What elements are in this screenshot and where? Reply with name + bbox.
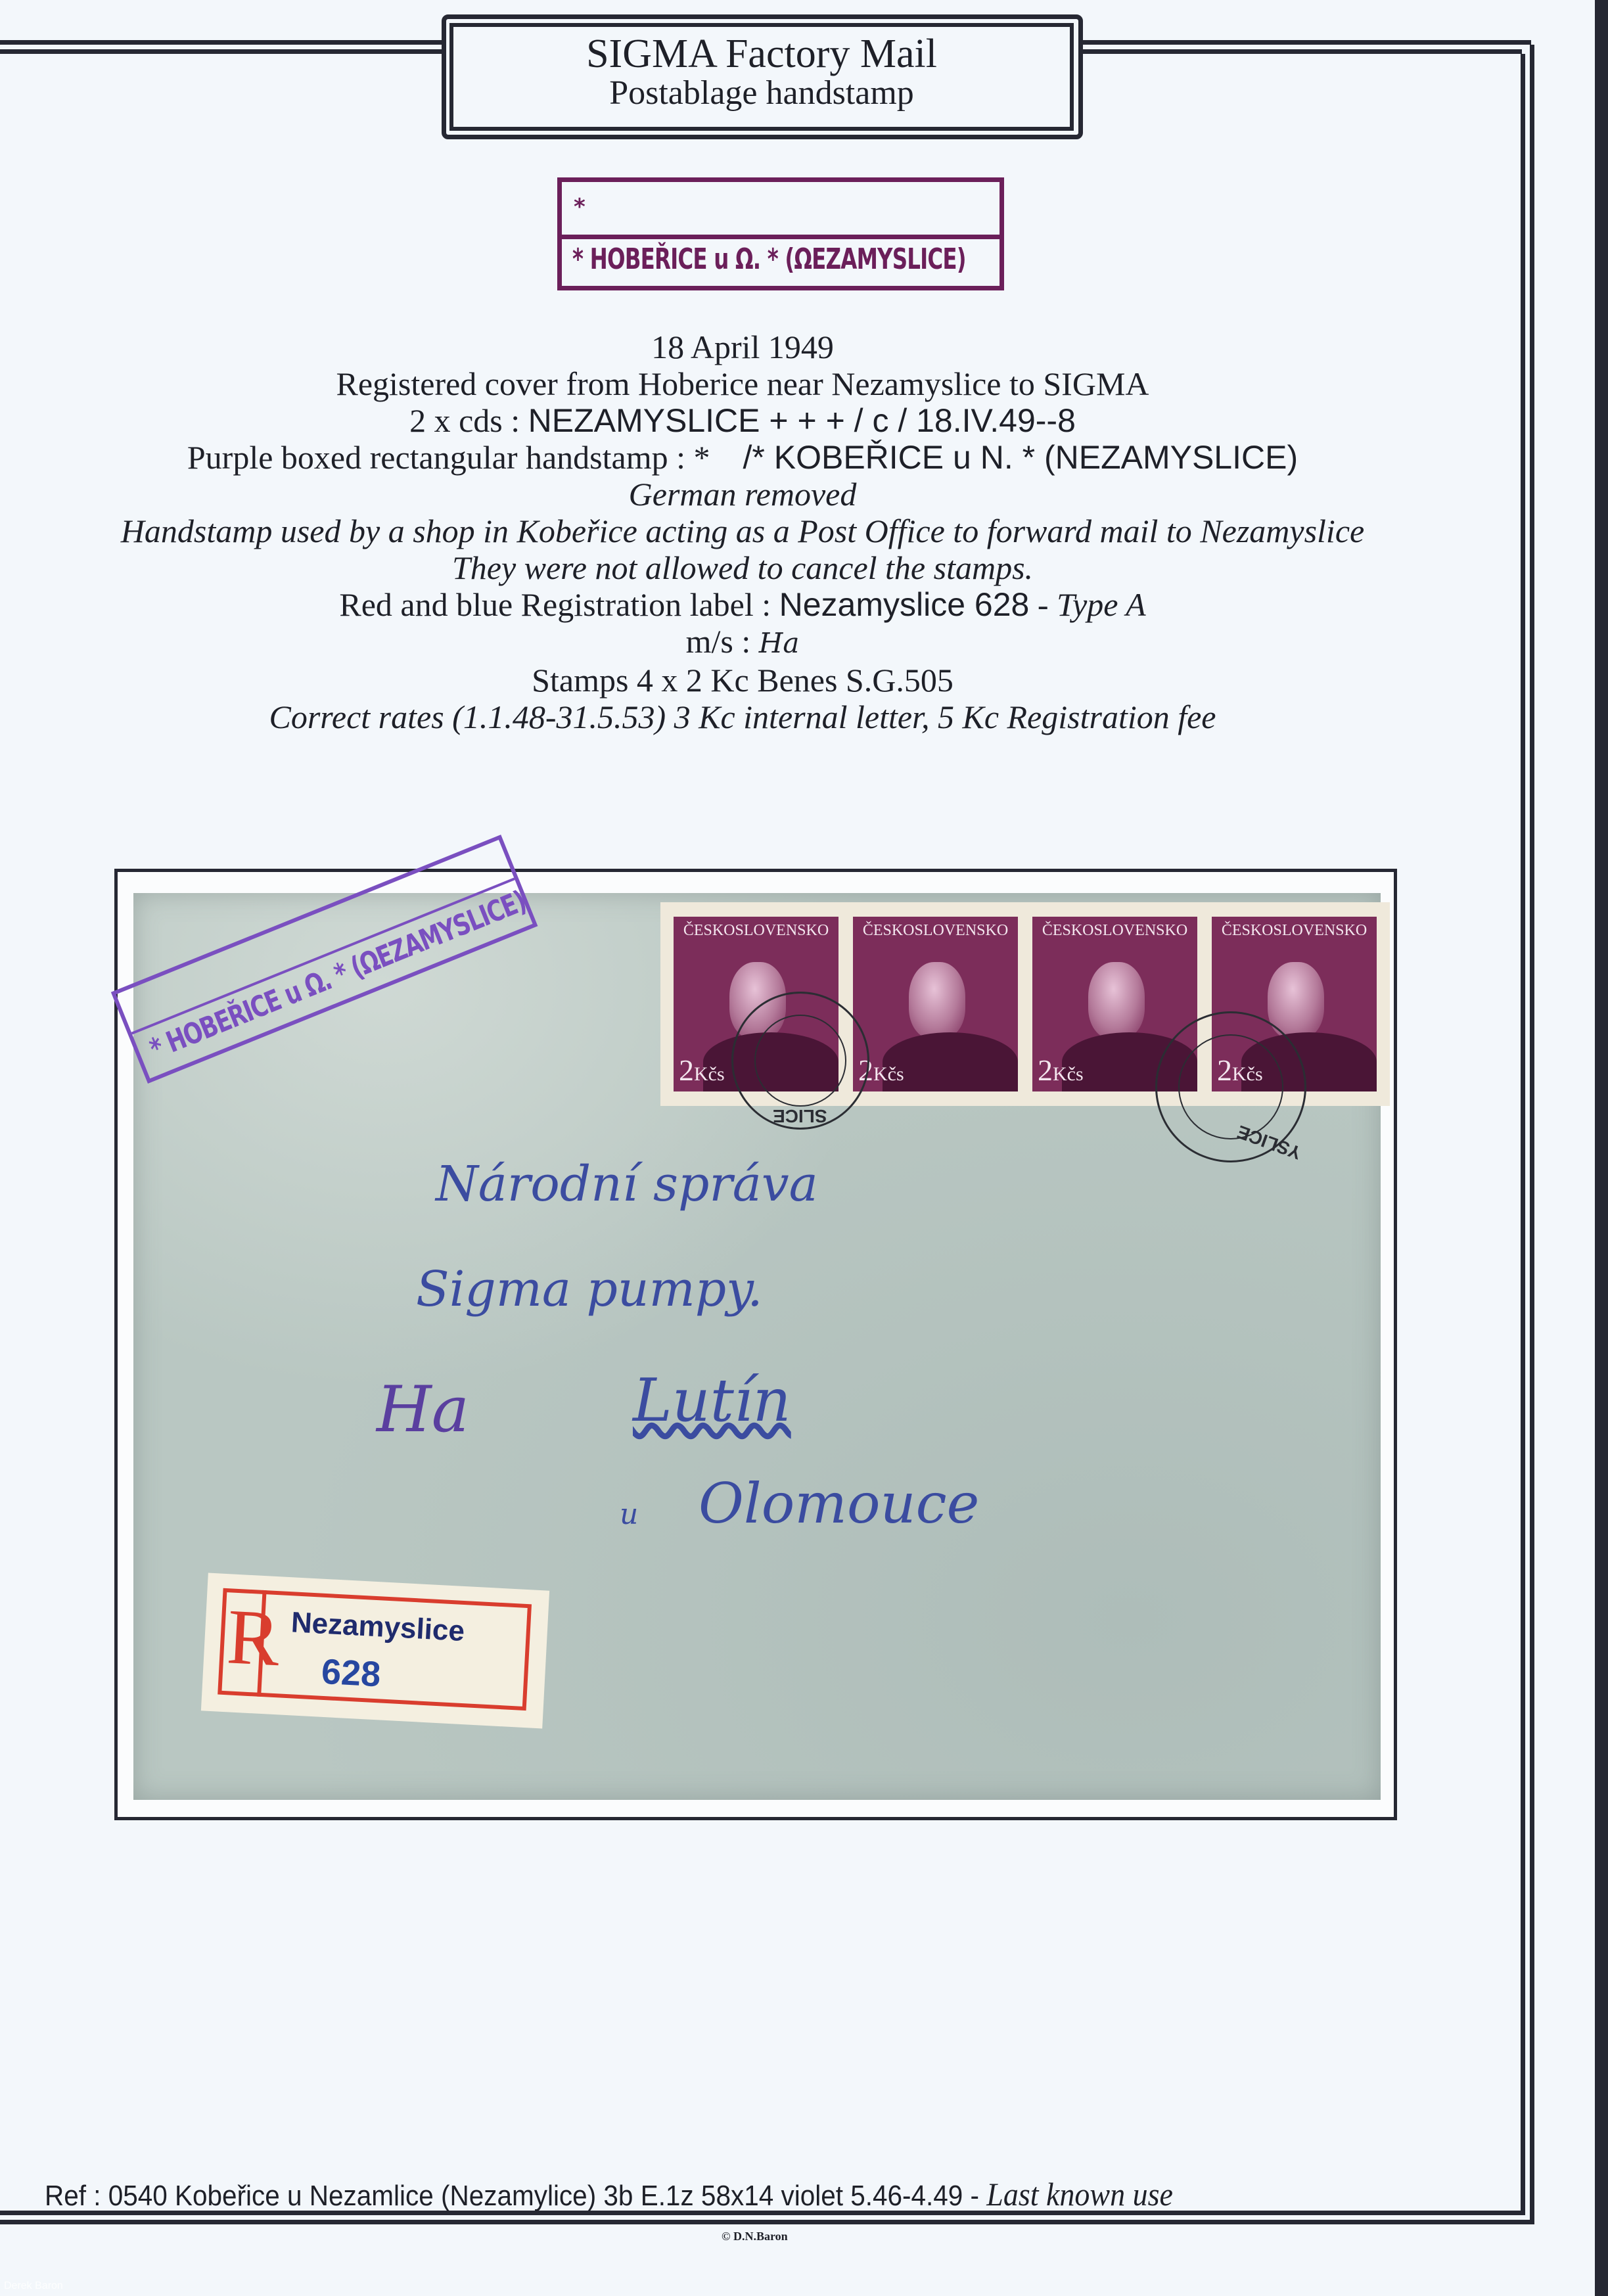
usage-note: Handstamp used by a shop in Kobeřice act… — [0, 513, 1485, 549]
stamp-value: 2Kčs — [679, 1053, 725, 1088]
cover-summary: Registered cover from Hoberice near Neza… — [0, 365, 1485, 402]
ms-label: m/s : — [686, 623, 759, 660]
ms-line: m/s : Ha — [0, 623, 1485, 662]
cover-photo-frame: ČESKOSLOVENSKO 2Kčs ČESKOSLOVENSKO 2Kčs … — [114, 869, 1397, 1820]
german-removed-note: German removed — [0, 476, 1485, 513]
stamp-country: ČESKOSLOVENSKO — [1032, 922, 1197, 940]
right-rule-outer — [1530, 45, 1534, 2220]
stamp: ČESKOSLOVENSKO 2Kčs — [853, 917, 1018, 1091]
title-box: SIGMA Factory Mail Postablage handstamp — [449, 23, 1074, 131]
envelope-handstamp: * HOBEŘICE u Ω. * (ΩEZAMYSLICE) — [111, 835, 538, 1084]
registration-r-icon: R — [225, 1594, 282, 1682]
star-icon: * — [574, 194, 586, 220]
stamps-line: Stamps 4 x 2 Kc Benes S.G.505 — [0, 662, 1485, 699]
handstamp-divider — [131, 877, 515, 1034]
handstamp-illustration: * * HOBEŘICE u Ω. * (ΩEZAMYSLICE) — [557, 177, 1004, 290]
cds-value: NEZAMYSLICE + + + / c / 18.IV.49--8 — [528, 402, 1076, 439]
reference-text: Ref : 0540 Kobeřice u Nezamlice (Nezamyl… — [45, 2180, 986, 2212]
watermark: Derek Baron — [4, 2280, 63, 2292]
postmark-cds: YSLICE — [1155, 1011, 1306, 1162]
envelope: ČESKOSLOVENSKO 2Kčs ČESKOSLOVENSKO 2Kčs … — [133, 893, 1381, 1800]
address-line-4-prefix: u — [620, 1498, 638, 1531]
address-line-4: Olomouce — [699, 1471, 979, 1536]
copyright: © D.N.Baron — [722, 2230, 788, 2243]
ms-value: Ha — [759, 627, 800, 659]
stamp-country: ČESKOSLOVENSKO — [674, 922, 838, 940]
address-line-2: Sigma pumpy. — [416, 1261, 763, 1318]
handstamp-label: Purple boxed rectangular handstamp : * — [187, 439, 718, 476]
registration-number: 628 — [321, 1651, 382, 1695]
stamp-country: ČESKOSLOVENSKO — [1212, 922, 1377, 940]
handstamp-value: /* KOBEŘICE u N. * (NEZAMYSLICE) — [743, 439, 1298, 476]
description-block: 18 April 1949 Registered cover from Hobe… — [0, 329, 1485, 735]
registration-label: R Nezamyslice 628 — [201, 1573, 549, 1729]
right-rule-inner — [1521, 54, 1525, 2211]
registration-line: Red and blue Registration label : Nezamy… — [0, 586, 1485, 623]
registration-label-text: Red and blue Registration label : — [339, 586, 779, 623]
page-title: SIGMA Factory Mail — [453, 32, 1070, 76]
handstamp-text: * HOBEŘICE u Ω. * (ΩEZAMYSLICE) — [572, 242, 966, 276]
stamp-country: ČESKOSLOVENSKO — [853, 922, 1018, 940]
cds-label: 2 x cds : — [409, 402, 528, 439]
cover-date: 18 April 1949 — [0, 329, 1485, 365]
rates-line: Correct rates (1.1.48-31.5.53) 3 Kc inte… — [0, 699, 1485, 735]
postmark-cds: SLICE — [731, 992, 869, 1130]
reference-line: Ref : 0540 Kobeřice u Nezamlice (Nezamyl… — [45, 2175, 1173, 2213]
registration-value: Nezamyslice 628 — [779, 586, 1030, 623]
handstamp-line: Purple boxed rectangular handstamp : * /… — [0, 439, 1485, 476]
address-line-3: Lutín — [633, 1366, 791, 1435]
portrait-icon — [1088, 962, 1144, 1039]
address-line-1: Národní správa — [436, 1156, 818, 1212]
stamp-value: 2Kčs — [1038, 1053, 1084, 1088]
portrait-icon — [909, 962, 965, 1039]
page-subtitle: Postablage handstamp — [453, 76, 1070, 111]
handstamp-divider — [562, 235, 999, 239]
cds-line: 2 x cds : NEZAMYSLICE + + + / c / 18.IV.… — [0, 402, 1485, 439]
reference-note: Last known use — [986, 2176, 1173, 2213]
ms-marking: Ha — [377, 1373, 469, 1446]
registration-type: - Type A — [1029, 586, 1145, 623]
envelope-handstamp-text: * HOBEŘICE u Ω. * (ΩEZAMYSLICE) — [145, 884, 530, 1066]
right-edge-bar — [1595, 0, 1608, 2296]
bottom-rule-outer — [0, 2220, 1534, 2224]
cancel-note: They were not allowed to cancel the stam… — [0, 549, 1485, 586]
